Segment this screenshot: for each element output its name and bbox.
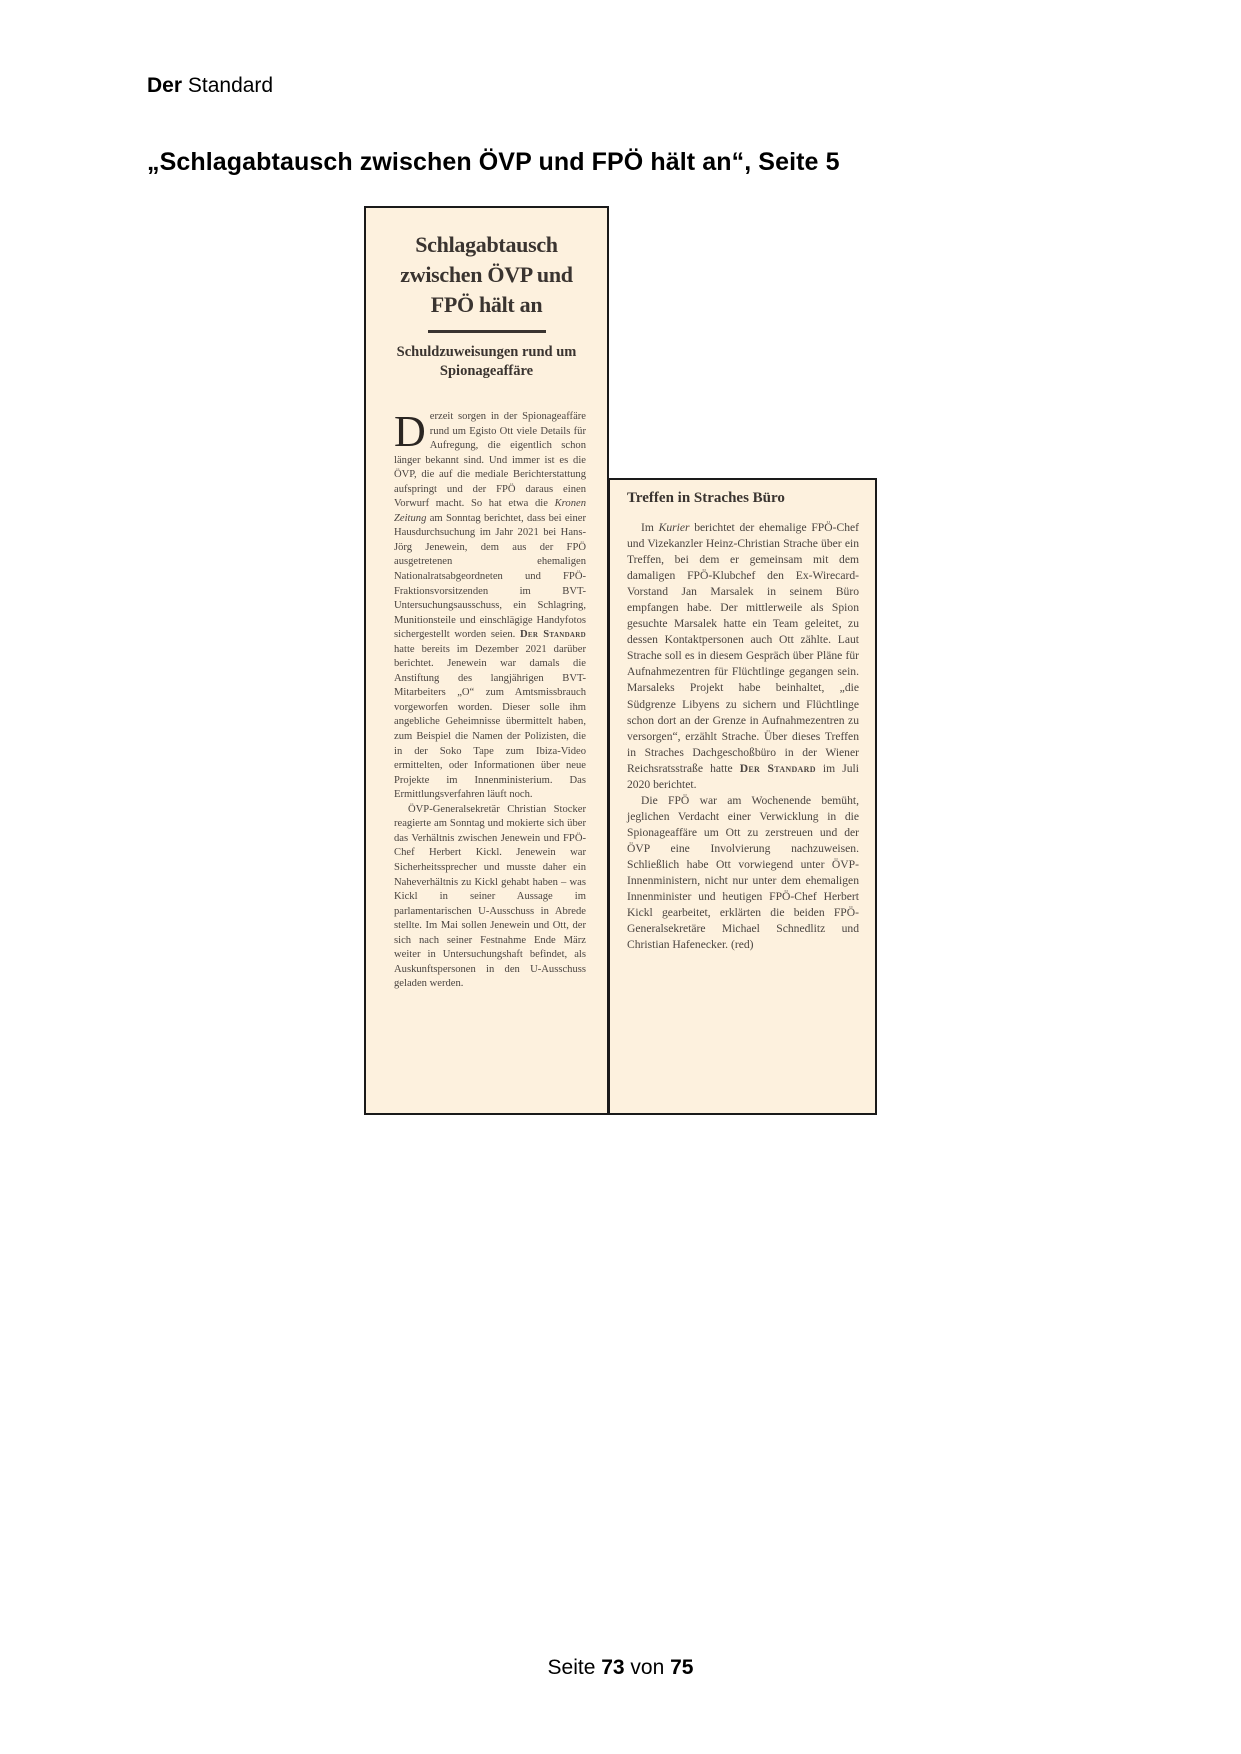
paragraph-text: berichtet der ehemalige FPÖ-Chef und Viz… (627, 521, 859, 775)
article-clipping-right-column: Treffen in Straches Büro Im Kurier beric… (608, 478, 877, 1115)
section-heading: Treffen in Straches Büro (627, 490, 785, 507)
article-clipping-left-column: Schlagabtausch zwischen ÖVP und FPÖ hält… (364, 206, 609, 1115)
article-subheadline: Schuldzuweisungen rund um Spionageaffäre (366, 343, 607, 381)
footer-middle: von (625, 1656, 671, 1679)
page-footer: Seite 73 von 75 (0, 1656, 1241, 1680)
paragraph-2: ÖVP-Generalsekretär Christian Stocker re… (394, 803, 586, 992)
paragraph-1: Derzeit sorgen in der Spionage­affäre ru… (394, 410, 586, 803)
source-label: Der Standard (147, 74, 273, 98)
paragraph-text: Im (641, 521, 659, 534)
document-title: „Schlagabtausch zwischen ÖVP und FPÖ häl… (147, 148, 840, 177)
newspaper-name: Kurier (659, 521, 690, 534)
brand-name: Der Standard (740, 762, 816, 775)
article-headline: Schlagabtausch zwischen ÖVP und FPÖ hält… (366, 230, 607, 320)
drop-cap: D (394, 414, 426, 450)
paragraph-text: hatte bereits im Dezember 2021 darüber b… (394, 644, 586, 800)
footer-prefix: Seite (548, 1656, 602, 1679)
paragraph-1: Im Kurier berichtet der ehemalige FPÖ-Ch… (627, 520, 859, 793)
total-pages: 75 (670, 1656, 693, 1679)
right-column-body: Im Kurier berichtet der ehemalige FPÖ-Ch… (627, 520, 859, 953)
paragraph-2: Die FPÖ war am Wochenende bemüht, jeglic… (627, 793, 859, 953)
source-rest: Standard (182, 74, 273, 97)
brand-name: Der Standard (520, 629, 586, 640)
left-column-body: Derzeit sorgen in der Spionage­affäre ru… (394, 410, 586, 992)
headline-divider (428, 330, 546, 333)
source-bold: Der (147, 74, 182, 97)
current-page-number: 73 (601, 1656, 624, 1679)
paragraph-text: am Sonntag berichtet, dass bei einer Hau… (394, 513, 586, 640)
